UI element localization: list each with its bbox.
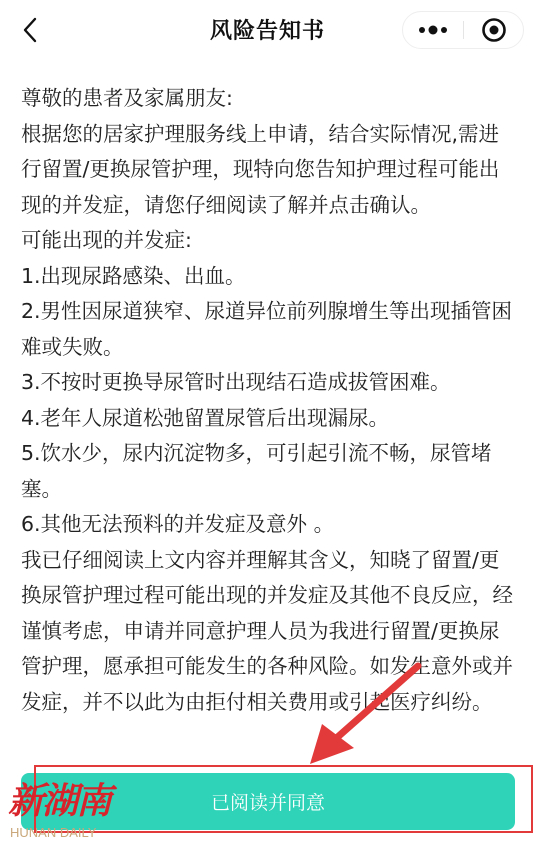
- more-dots-icon: [416, 24, 450, 36]
- statement-text: 我已仔细阅读上文内容并理解其含义，知晓了留置/更换尿管护理过程可能出现的并发症及…: [21, 543, 516, 721]
- navigation-bar: 风险告知书: [0, 0, 535, 62]
- complication-item: 2.男性因尿道狭窄、尿道异位前列腺增生等出现插管困难或失败。: [21, 294, 516, 365]
- complication-item: 6.其他无法预料的并发症及意外 。: [21, 507, 516, 543]
- capsule-menu: [402, 11, 524, 49]
- agree-button-label: 已阅读并同意: [211, 788, 325, 815]
- complication-item: 1.出现尿路感染、出血。: [21, 259, 516, 295]
- complication-item: 4.老年人尿道松弛留置尿管后出现漏尿。: [21, 401, 516, 437]
- intro-text: 根据您的居家护理服务线上申请，结合实际情况,需进行留置/更换尿管护理，现特向您告…: [21, 117, 516, 224]
- complication-item: 3.不按时更换导尿管时出现结石造成拔管困难。: [21, 365, 516, 401]
- close-miniprogram-button[interactable]: [464, 12, 524, 48]
- consent-text: 尊敬的患者及家属朋友: 根据您的居家护理服务线上申请，结合实际情况,需进行留置/…: [21, 81, 516, 720]
- complications-heading: 可能出现的并发症:: [21, 223, 516, 259]
- complication-item: 5.饮水少，尿内沉淀物多，可引起引流不畅，尿管堵塞。: [21, 436, 516, 507]
- greeting-text: 尊敬的患者及家属朋友:: [21, 81, 516, 117]
- more-button[interactable]: [403, 12, 463, 48]
- agree-button[interactable]: 已阅读并同意: [21, 773, 515, 830]
- target-circle-icon: [481, 17, 507, 43]
